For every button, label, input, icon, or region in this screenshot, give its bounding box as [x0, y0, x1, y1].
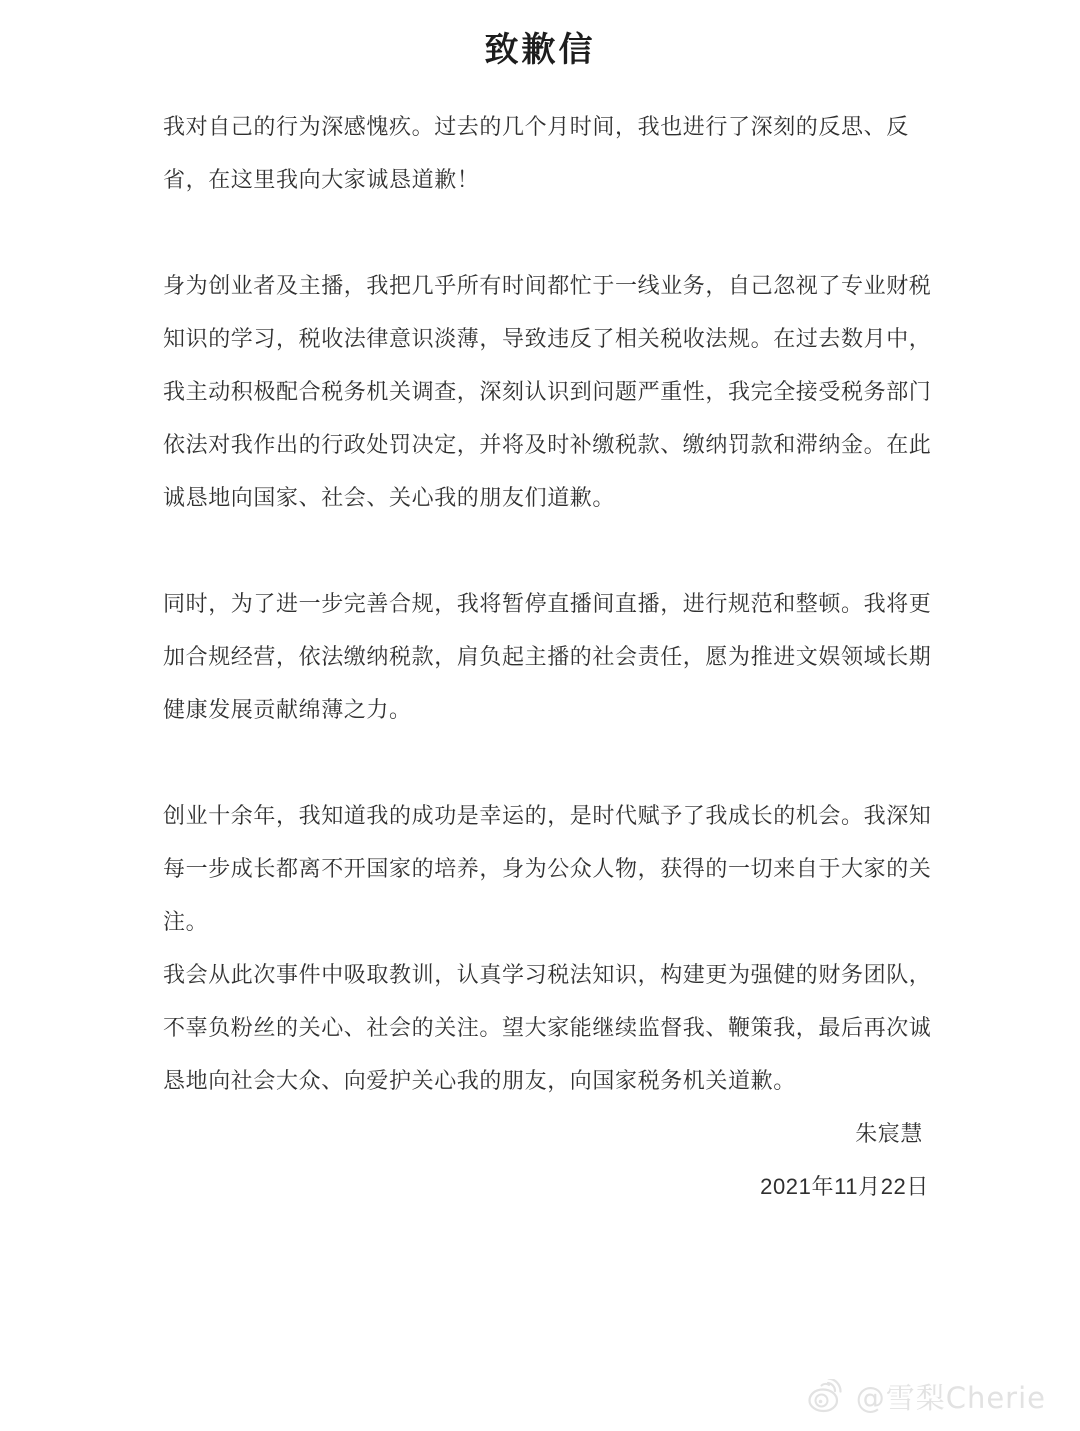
text-line: 我对自己的行为深感愧疚。过去的几个月时间，我也进行了深刻的反思、反 — [163, 100, 935, 153]
text-line: 同时，为了进一步完善合规，我将暂停直播间直播，进行规范和整顿。我将更 — [163, 577, 935, 630]
text-line: 知识的学习，税收法律意识淡薄，导致违反了相关税收法规。在过去数月中， — [163, 312, 935, 365]
weibo-logo-icon — [807, 1379, 849, 1415]
paragraph-4: 创业十余年，我知道我的成功是幸运的，是时代赋予了我成长的机会。我深知 每一步成长… — [163, 789, 935, 948]
weibo-watermark: @雪梨Cherie — [807, 1376, 1046, 1417]
paragraph-1: 我对自己的行为深感愧疚。过去的几个月时间，我也进行了深刻的反思、反 省，在这里我… — [163, 100, 935, 206]
text-line: 恳地向社会大众、向爱护关心我的朋友，向国家税务机关道歉。 — [163, 1054, 935, 1107]
apology-letter-page: 致歉信 我对自己的行为深感愧疚。过去的几个月时间，我也进行了深刻的反思、反 省，… — [0, 0, 1080, 1431]
signature-name: 朱宸慧 — [163, 1107, 935, 1160]
watermark-handle: @雪梨Cherie — [856, 1376, 1046, 1417]
text-line: 注。 — [163, 895, 935, 948]
text-line: 不辜负粉丝的关心、社会的关注。望大家能继续监督我、鞭策我，最后再次诚 — [163, 1001, 935, 1054]
paragraph-5: 我会从此次事件中吸取教训，认真学习税法知识，构建更为强健的财务团队， 不辜负粉丝… — [163, 948, 935, 1107]
text-line: 健康发展贡献绵薄之力。 — [163, 683, 935, 736]
paragraph-3: 同时，为了进一步完善合规，我将暂停直播间直播，进行规范和整顿。我将更 加合规经营… — [163, 577, 935, 736]
text-line: 依法对我作出的行政处罚决定，并将及时补缴税款、缴纳罚款和滞纳金。在此 — [163, 418, 935, 471]
signature-date: 2021年11月22日 — [163, 1160, 935, 1213]
text-line: 诚恳地向国家、社会、关心我的朋友们道歉。 — [163, 471, 935, 524]
text-line: 省，在这里我向大家诚恳道歉！ — [163, 153, 935, 206]
text-line: 我主动积极配合税务机关调查，深刻认识到问题严重性，我完全接受税务部门 — [163, 365, 935, 418]
page-title: 致歉信 — [0, 0, 1080, 72]
text-line: 我会从此次事件中吸取教训，认真学习税法知识，构建更为强健的财务团队， — [163, 948, 935, 1001]
text-line: 加合规经营，依法缴纳税款，肩负起主播的社会责任，愿为推进文娱领域长期 — [163, 630, 935, 683]
text-line: 身为创业者及主播，我把几乎所有时间都忙于一线业务，自己忽视了专业财税 — [163, 259, 935, 312]
text-line: 创业十余年，我知道我的成功是幸运的，是时代赋予了我成长的机会。我深知 — [163, 789, 935, 842]
letter-body: 我对自己的行为深感愧疚。过去的几个月时间，我也进行了深刻的反思、反 省，在这里我… — [163, 100, 935, 1213]
paragraph-2: 身为创业者及主播，我把几乎所有时间都忙于一线业务，自己忽视了专业财税 知识的学习… — [163, 259, 935, 524]
text-line: 每一步成长都离不开国家的培养，身为公众人物，获得的一切来自于大家的关 — [163, 842, 935, 895]
